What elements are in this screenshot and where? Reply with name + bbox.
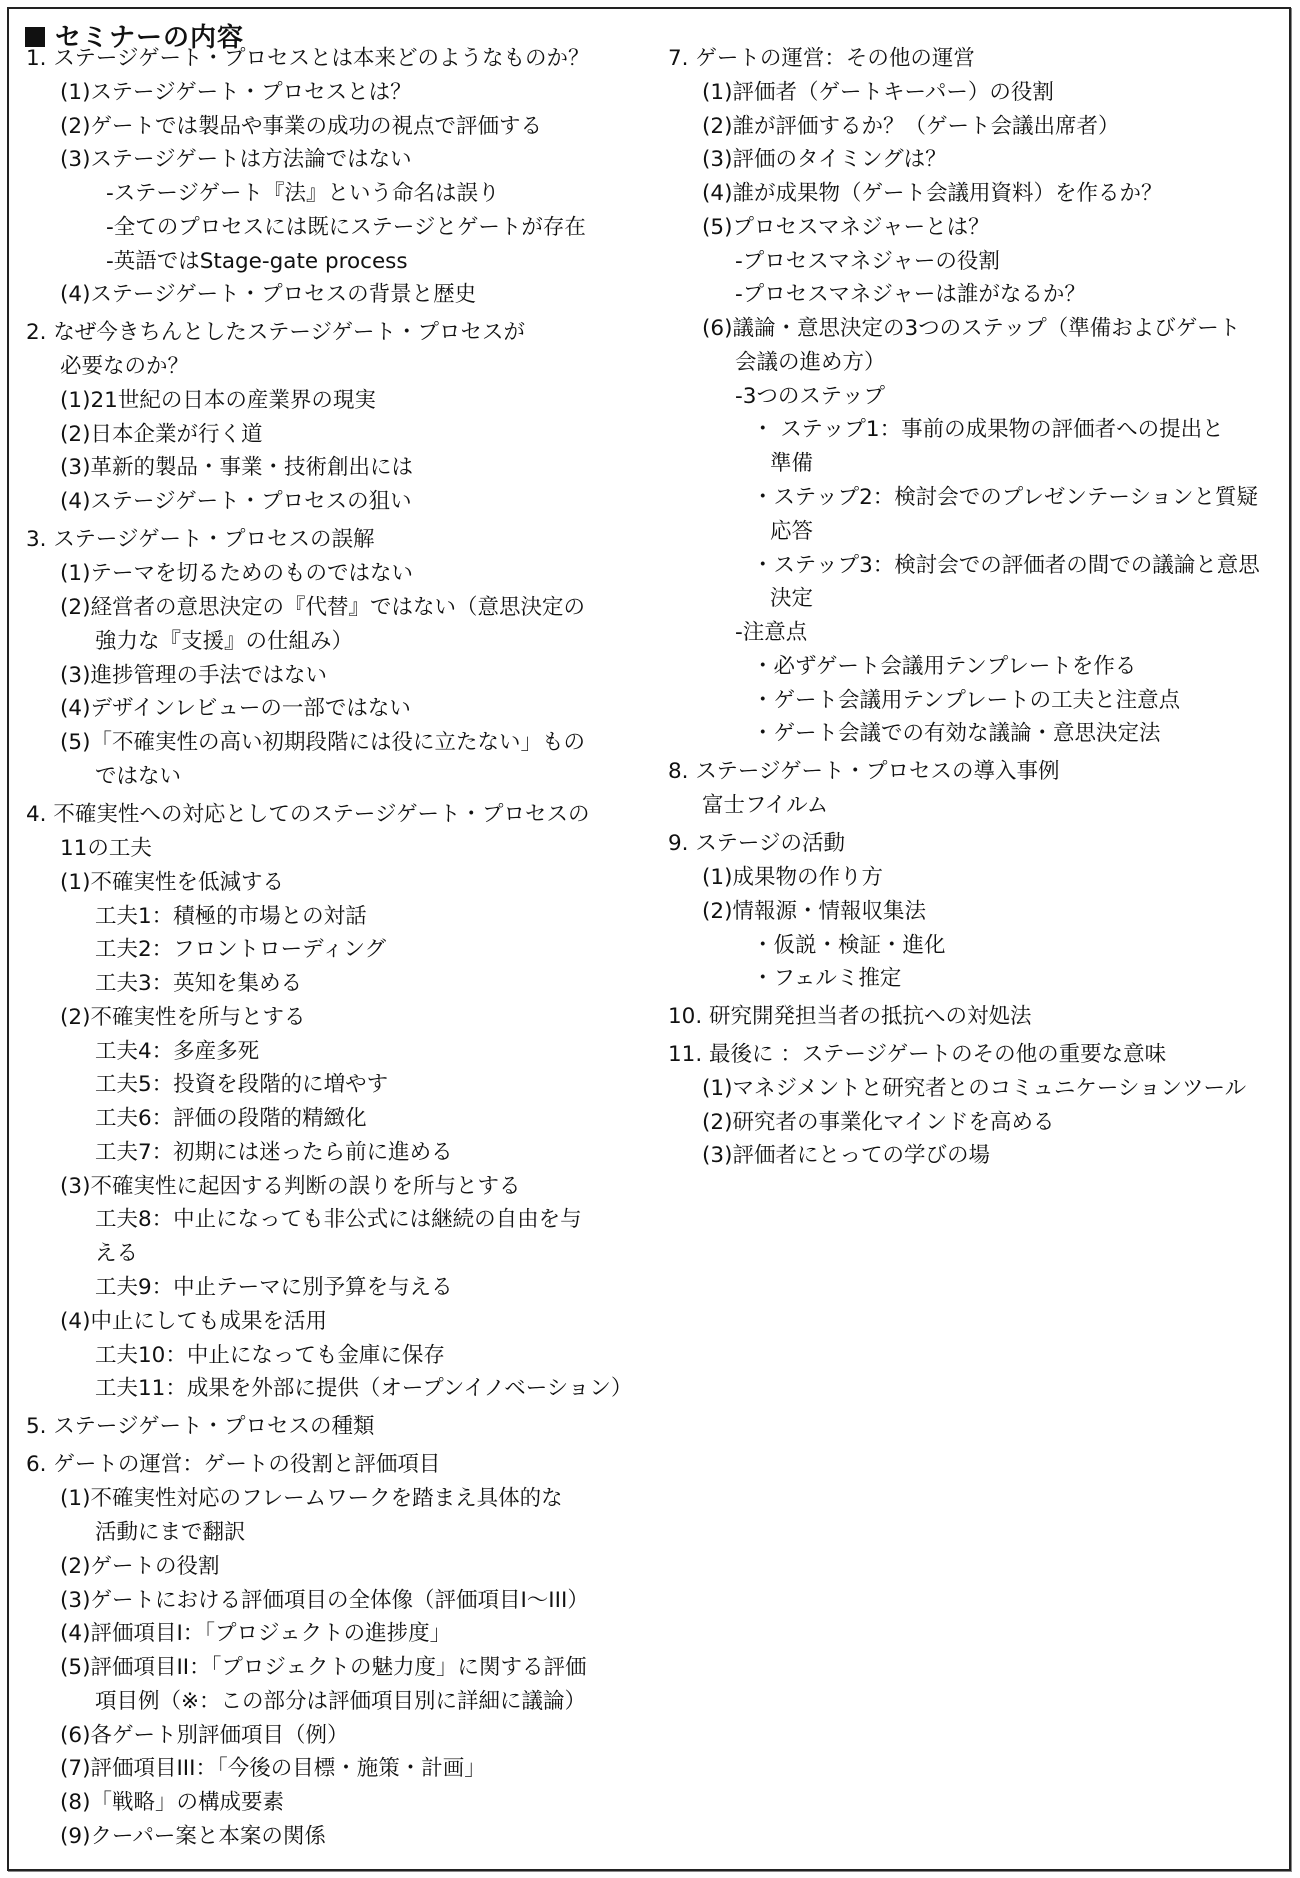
- outline-item: 項目例（※：この部分は評価項目別に詳細に議論）: [95, 1687, 586, 1717]
- outline-item: (8)「戦略」の構成要素: [60, 1788, 284, 1818]
- outline-item: 強力な『支援』の仕組み）: [95, 627, 353, 657]
- outline-item: 工夫5：投資を段階的に増やす: [95, 1070, 388, 1100]
- outline-item: 工夫6：評価の段階的精緻化: [95, 1104, 367, 1134]
- outline-item: (2)ゲートでは製品や事業の成功の視点で評価する: [60, 112, 542, 142]
- outline-item: -プロセスマネジャーの役割: [735, 247, 1000, 277]
- outline-item: 5. ステージゲート・プロセスの種類: [26, 1412, 375, 1442]
- outline-item: (7)評価項目III：「今後の目標・施策・計画」: [60, 1754, 486, 1784]
- outline-item: -プロセスマネジャーは誰がなるか？: [735, 280, 1086, 310]
- outline-item: (4)誰が成果物（ゲート会議用資料）を作るか？: [702, 179, 1162, 209]
- outline-item: ・仮説・検証・進化: [752, 931, 946, 961]
- outline-item: 11. 最後に ：ステージゲートのその他の重要な意味: [668, 1040, 1166, 1070]
- outline-item: (3)評価者にとっての学びの場: [702, 1141, 990, 1171]
- outline-item: (3)ゲートにおける評価項目の全体像（評価項目I〜III）: [60, 1586, 589, 1616]
- outline-item: 7. ゲートの運営：その他の運営: [668, 44, 975, 74]
- outline-item: (1)21世紀の日本の産業界の現実: [60, 386, 376, 416]
- seminar-contents-frame: セミナーの内容 1. ステージゲート・プロセスとは本来どのようなものか？(1)ス…: [7, 7, 1291, 1871]
- outline-item: -3つのステップ: [735, 382, 885, 412]
- outline-item: 工夫11：成果を外部に提供（オープンイノベーション）: [95, 1374, 632, 1404]
- outline-item: 10. 研究開発担当者の抵抗への対処法: [668, 1002, 1032, 1032]
- outline-item: (1)テーマを切るためのものではない: [60, 559, 413, 589]
- outline-item: 8. ステージゲート・プロセスの導入事例: [668, 757, 1060, 787]
- outline-item: 工夫3：英知を集める: [95, 969, 302, 999]
- outline-item: ではない: [95, 762, 181, 792]
- outline-item: ・ゲート会議用テンプレートの工夫と注意点: [752, 686, 1180, 716]
- outline-item: (9)クーパー案と本案の関係: [60, 1822, 326, 1852]
- outline-item: ・ステップ2：検討会でのプレゼンテーションと質疑: [752, 483, 1258, 513]
- outline-item: -ステージゲート『法』という命名は誤り: [106, 179, 499, 209]
- outline-item: (2)日本企業が行く道: [60, 420, 262, 450]
- outline-item: 工夫7：初期には迷ったら前に進める: [95, 1138, 453, 1168]
- outline-item: 工夫2：フロントローディング: [95, 935, 386, 965]
- outline-item: (2)誰が評価するか？（ゲート会議出席者）: [702, 112, 1119, 142]
- outline-item: (5)「不確実性の高い初期段階には役に立たない」もの: [60, 728, 585, 758]
- outline-item: (3)評価のタイミングは？: [702, 145, 947, 175]
- outline-item: 応答: [770, 517, 813, 547]
- outline-item: (4)ステージゲート・プロセスの背景と歴史: [60, 280, 476, 310]
- outline-item: (2)経営者の意思決定の『代替』ではない（意思決定の: [60, 593, 585, 623]
- outline-item: (1)不確実性対応のフレームワークを踏まえ具体的な: [60, 1484, 563, 1514]
- outline-item: (1)マネジメントと研究者とのコミュニケーションツール: [702, 1074, 1246, 1104]
- outline-item: ・必ずゲート会議用テンプレートを作る: [752, 652, 1136, 682]
- outline-item: 工夫9：中止テーマに別予算を与える: [95, 1273, 453, 1303]
- outline-item: ・フェルミ推定: [752, 964, 901, 994]
- outline-item: (4)ステージゲート・プロセスの狙い: [60, 487, 412, 517]
- outline-item: 活動にまで翻訳: [95, 1518, 246, 1548]
- outline-item: (2)ゲートの役割: [60, 1552, 219, 1582]
- outline-item: 2. なぜ今きちんとしたステージゲート・プロセスが: [26, 318, 525, 348]
- outline-item: ・ステップ3：検討会での評価者の間での議論と意思: [752, 551, 1260, 581]
- outline-item: (3)ステージゲートは方法論ではない: [60, 145, 412, 175]
- outline-item: (5)プロセスマネジャーとは？: [702, 213, 990, 243]
- outline-item: (3)進捗管理の手法ではない: [60, 661, 327, 691]
- outline-item: (3)革新的製品・事業・技術創出には: [60, 453, 413, 483]
- outline-item: 工夫1：積極的市場との対話: [95, 902, 367, 932]
- outline-item: 会議の進め方）: [735, 348, 886, 378]
- outline-item: 11の工夫: [60, 834, 152, 864]
- outline-item: (2)情報源・情報収集法: [702, 897, 926, 927]
- outline-item: 富士フイルム: [702, 791, 828, 821]
- outline-item: (2)研究者の事業化マインドを高める: [702, 1108, 1055, 1138]
- outline-item: (1)不確実性を低減する: [60, 868, 284, 898]
- outline-item: 1. ステージゲート・プロセスとは本来どのようなものか？: [26, 44, 590, 74]
- outline-item: 工夫8：中止になっても非公式には継続の自由を与: [95, 1205, 582, 1235]
- outline-item: 必要なのか？: [60, 352, 189, 382]
- outline-item: (3)不確実性に起因する判断の誤りを所与とする: [60, 1172, 520, 1202]
- outline-item: (5)評価項目II：「プロジェクトの魅力度」に関する評価: [60, 1653, 586, 1683]
- outline-item: ・ ステップ1：事前の成果物の評価者への提出と: [752, 415, 1224, 445]
- outline-item: 9. ステージの活動: [668, 829, 845, 859]
- outline-item: 6. ゲートの運営：ゲートの役割と評価項目: [26, 1450, 440, 1480]
- outline-item: ・ゲート会議での有効な議論・意思決定法: [752, 719, 1161, 749]
- outline-item: (4)デザインレビューの一部ではない: [60, 694, 411, 724]
- outline-item: 3. ステージゲート・プロセスの誤解: [26, 525, 375, 555]
- outline-item: (6)議論・意思決定の3つのステップ（準備およびゲート: [702, 314, 1240, 344]
- outline-item: (4)中止にしても成果を活用: [60, 1307, 327, 1337]
- outline-item: 工夫4：多産多死: [95, 1037, 259, 1067]
- outline-item: -全てのプロセスには既にステージとゲートが存在: [106, 213, 586, 243]
- outline-item: 準備: [770, 449, 813, 479]
- outline-item: (1)ステージゲート・プロセスとは？: [60, 78, 412, 108]
- outline-item: (2)不確実性を所与とする: [60, 1003, 305, 1033]
- outline-item: (6)各ゲート別評価項目（例）: [60, 1721, 348, 1751]
- outline-item: 決定: [770, 584, 813, 614]
- outline-item: -注意点: [735, 618, 807, 648]
- outline-item: (1)評価者（ゲートキーパー）の役割: [702, 78, 1054, 108]
- outline-item: える: [95, 1239, 138, 1269]
- outline-item: -英語ではStage-gate process: [106, 247, 408, 277]
- outline-item: 4. 不確実性への対応としてのステージゲート・プロセスの: [26, 800, 590, 830]
- outline-item: 工夫10：中止になっても金庫に保存: [95, 1341, 445, 1371]
- outline-item: (4)評価項目I：「プロジェクトの進捗度」: [60, 1619, 451, 1649]
- outline-item: (1)成果物の作り方: [702, 863, 883, 893]
